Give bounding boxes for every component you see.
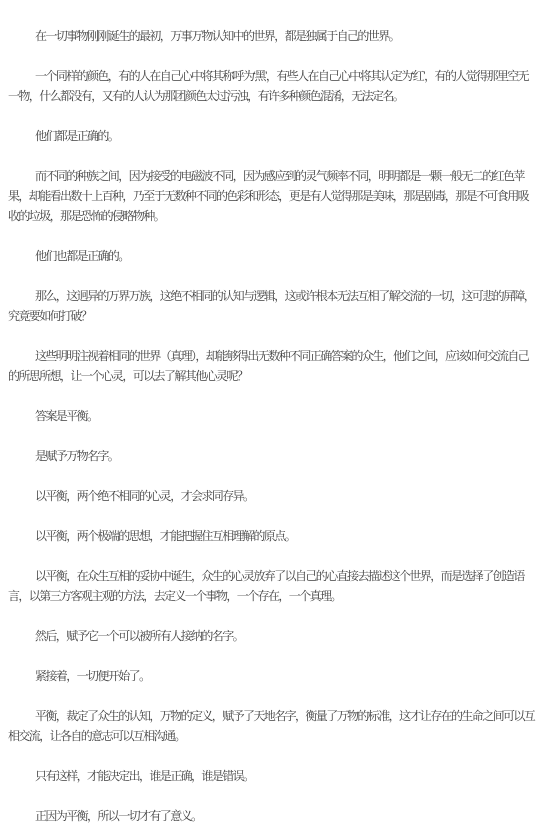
paragraph: 然后，赋予它一个可以被所有人接纳的名字。 bbox=[8, 626, 536, 646]
paragraph: 那么，这迥异的万界万族，这绝不相同的认知与逻辑，这或许根本无法互相了解交流的一切… bbox=[8, 286, 536, 326]
page: 在一切事物刚刚诞生的最初，万事万物认知中的世界，都是独属于自己的世界。 一个同样… bbox=[0, 0, 544, 833]
paragraph: 答案是平衡。 bbox=[8, 406, 536, 426]
paragraph: 以平衡，两个绝不相同的心灵，才会求同存异。 bbox=[8, 486, 536, 506]
paragraph: 在一切事物刚刚诞生的最初，万事万物认知中的世界，都是独属于自己的世界。 bbox=[8, 26, 536, 46]
paragraph: 而不同的种族之间，因为接受的电磁波不同，因为感应到的灵气频率不同，明明都是一颗一… bbox=[8, 166, 536, 226]
paragraph: 一个同样的颜色，有的人在自己心中将其称呼为‘黑’，有些人在自己心中将其认定为‘红… bbox=[8, 66, 536, 106]
paragraph: 这些明明注视着相同的世界（真理），却能够得出无数种不同正确答案的众生，他们之间，… bbox=[8, 346, 536, 386]
paragraph: 以平衡，两个极端的思想，才能把握住互相理解的原点。 bbox=[8, 526, 536, 546]
paragraph: 正因为平衡，所以一切才有了意义。 bbox=[8, 806, 536, 826]
chapter-content: 在一切事物刚刚诞生的最初，万事万物认知中的世界，都是独属于自己的世界。 一个同样… bbox=[8, 26, 536, 826]
paragraph: 以平衡，在众生互相的妥协中诞生，众生的心灵放弃了以自己的心直接去描述这个世界，而… bbox=[8, 566, 536, 606]
paragraph: 平衡，裁定了众生的认知，万物的定义，赋予了天地名字，衡量了万物的标准，这才让存在… bbox=[8, 706, 536, 746]
paragraph: 他们都是正确的。 bbox=[8, 126, 536, 146]
paragraph: 他们也都是正确的。 bbox=[8, 246, 536, 266]
paragraph: 紧接着，一切便开始了。 bbox=[8, 666, 536, 686]
paragraph: 是赋予万物名字。 bbox=[8, 446, 536, 466]
paragraph: 只有这样，才能决定出，谁是正确，谁是错误。 bbox=[8, 766, 536, 786]
